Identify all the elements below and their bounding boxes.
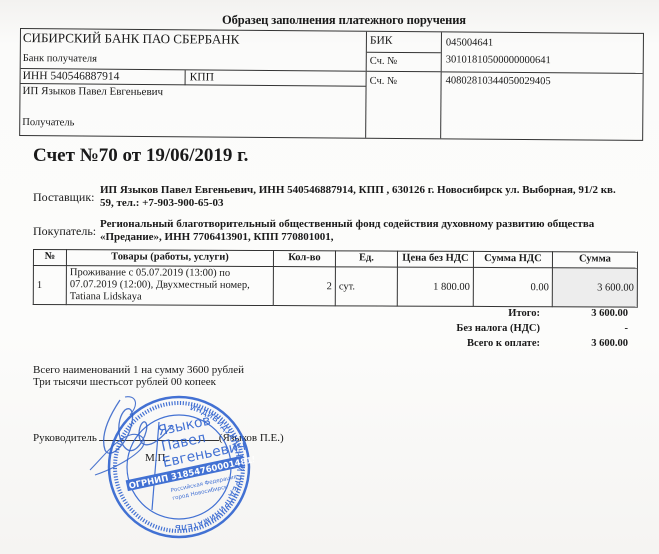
due-value: 3 600.00 <box>591 338 628 349</box>
summary-words-line: Три тысячи шестьсот рублей 00 копеек <box>33 376 244 388</box>
right-divider <box>442 71 643 74</box>
summary-count-line: Всего наименований 1 на сумму 3600 рубле… <box>33 364 244 376</box>
col-qty: Кол-во <box>273 251 335 267</box>
bik-label: БИК <box>370 35 393 47</box>
inn-value: ИНН 540546887914 <box>23 70 120 83</box>
summary-block: Всего наименований 1 на сумму 3600 рубле… <box>33 364 244 388</box>
bik-value: 045004641 <box>446 37 493 48</box>
row-price: 1 800.00 <box>397 267 473 306</box>
vat-label: Без налога (НДС) <box>456 323 540 334</box>
inn-kpp-row: ИНН 540546887914 КПП <box>21 68 366 87</box>
vat-row: Без налога (НДС) - <box>400 323 628 338</box>
table-row: 1 Проживание с 05.07.2019 (13:00) по 07.… <box>33 266 637 308</box>
col-unit: Ед. <box>335 251 397 267</box>
account-value: 40802810344050029405 <box>446 75 551 87</box>
corr-account-value: 30101810500000000641 <box>446 54 551 66</box>
row-qty: 2 <box>273 267 335 306</box>
total-label: Итого: <box>508 308 540 319</box>
buyer-value: Региональный благотворительный обществен… <box>100 218 620 244</box>
row-item: Проживание с 05.07.2019 (13:00) по 07.07… <box>66 266 273 306</box>
vat-value: - <box>625 323 629 334</box>
account-label: Сч. № <box>370 76 398 87</box>
due-label: Всего к оплате: <box>467 338 540 349</box>
recipient-label: Получатель <box>22 117 74 128</box>
col-sum: Сумма <box>552 252 637 268</box>
col-vat: Сумма НДС <box>473 251 552 267</box>
bank-label: Банк получателя <box>23 53 97 65</box>
row-vat: 0.00 <box>473 267 552 306</box>
col-num: № <box>33 250 66 266</box>
due-row: Всего к оплате: 3 600.00 <box>400 338 628 353</box>
supplier-label: Поставщик: <box>33 190 95 205</box>
recipient-name: ИП Языков Павел Евгеньевич <box>22 85 163 98</box>
row-num: 1 <box>33 266 66 305</box>
col-price: Цена без НДС <box>397 251 473 267</box>
items-table: № Товары (работы, услуги) Кол-во Ед. Цен… <box>33 249 638 308</box>
signature-scribble-icon <box>80 395 175 480</box>
corr-account-label: Сч. № <box>370 56 398 67</box>
total-row: Итого: 3 600.00 <box>400 308 628 323</box>
totals-block: Итого: 3 600.00 Без налога (НДС) - Всего… <box>400 308 628 353</box>
col-item: Товары (работы, услуги) <box>66 250 273 267</box>
row-unit: сут. <box>335 267 397 306</box>
supplier-value: ИП Языков Павел Евгеньевич, ИНН 54054688… <box>100 184 620 210</box>
invoice-page: Образец заполнения платежного поручения … <box>0 0 659 554</box>
payment-order-sample-title: Образец заполнения платежного поручения <box>222 13 466 28</box>
labels-column: БИК Сч. № Сч. № <box>365 32 442 139</box>
row-sum: 3 600.00 <box>552 268 637 307</box>
kpp-label: КПП <box>185 70 214 85</box>
invoice-title: Счет №70 от 19/06/2019 г. <box>33 145 248 167</box>
buyer-label: Покупатель: <box>33 224 96 239</box>
bank-name: СИБИРСКИЙ БАНК ПАО СБЕРБАНК <box>23 30 240 48</box>
total-value: 3 600.00 <box>591 308 628 319</box>
bank-details-grid: СИБИРСКИЙ БАНК ПАО СБЕРБАНК Банк получат… <box>19 28 644 141</box>
